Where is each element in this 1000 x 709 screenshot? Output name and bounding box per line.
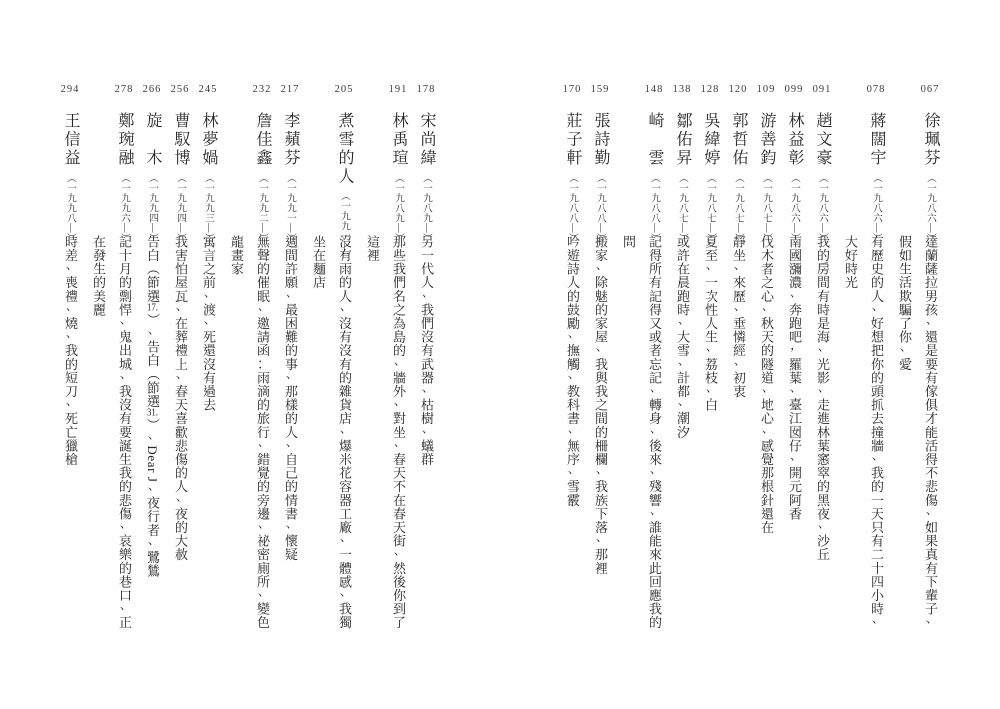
toc-entry: 232 詹佳鑫（一九九二—） 無聲的催眠、邀請函：雨滴的旅行、錯覺的旁邊、祕密廁… <box>223 84 275 644</box>
toc-entry: 205 煮雪的人（一九九一—） 沒有雨的人、沒有沒有的雜貨店、爆米花容器工廠、一… <box>305 84 357 644</box>
toc-entry: 170 莊子軒（一九八八—） 吟遊詩人的鼓勵、撫觸、教科書、無序、雪霰 <box>559 84 585 644</box>
entry-page-number: 278 <box>111 84 137 95</box>
toc-entry: 128 吳緯婷（一九八七—） 夏至、一次性人生、荔枝、白 <box>697 84 723 644</box>
entry-page-number: 099 <box>781 84 807 95</box>
entry-poem-titles: 週間許願、最困難的事、那樣的人、自己的情書、懷疑 <box>277 235 303 641</box>
entry-author: 游善鈞 <box>758 112 775 168</box>
entry-years: （一九八七—） <box>705 173 715 243</box>
inline-horizontal-number: 17. <box>147 303 158 313</box>
entry-years: （一九九八—） <box>65 173 75 243</box>
entry-poem-titles: 那些我們名之為島的、牆外、對坐、春天不在春天街、然後你到了這裡 <box>359 235 411 641</box>
entry-page-number: 138 <box>669 84 695 95</box>
entry-years: （一九八八—） <box>649 173 659 243</box>
entry-page-number: 178 <box>413 84 439 95</box>
entry-years: （一九九二—） <box>257 173 267 243</box>
entry-author: 徐珮芬 <box>922 112 939 168</box>
entry-page-number: 266 <box>139 84 165 95</box>
title-text: ）、告白（節選 <box>145 313 160 408</box>
entry-author: 莊子軒 <box>564 112 581 168</box>
entry-poem-titles: 夏至、一次性人生、荔枝、白 <box>697 235 723 641</box>
entry-years: （一九八八—） <box>595 173 605 243</box>
right-page: 067 徐珮芬（一九八六—） 達蘭薩拉男孩、還是要有傢俱才能活得不悲傷、如果真有… <box>559 84 943 644</box>
toc-entry: 178 宋尚緯（一九八九—） 另一代人、我們沒有武器、枯樹、蟻群 <box>413 84 439 644</box>
entry-poem-titles: 無聲的催眠、邀請函：雨滴的旅行、錯覺的旁邊、祕密廁所、變色龍畫家 <box>223 235 275 641</box>
entry-poem-titles: 南國瀰濃、奔跑吧，羅葉、臺江囡仔、開元阿香 <box>781 235 807 641</box>
entry-author: 林禹瑄 <box>390 112 407 168</box>
entry-author: 鄭琬融 <box>116 112 133 168</box>
entry-head: 鄭琬融（一九九六—） <box>111 112 137 243</box>
entry-poem-titles: 靜坐、來歷、垂憐經、初衷 <box>725 235 751 641</box>
entry-head: 崎 雲（一九八八—） <box>641 112 667 243</box>
entry-page-number: 109 <box>753 84 779 95</box>
toc-entry: 120 郭哲佑（一九八七—） 靜坐、來歷、垂憐經、初衷 <box>725 84 751 644</box>
toc-entry: 278 鄭琬融（一九九六—） 記十月的剽悍、鬼出城、我沒有要誕生我的悲傷、哀樂的… <box>85 84 137 644</box>
entry-years: （一九九四—） <box>147 173 157 243</box>
toc-entry: 078 蔣闊宇（一九八六—） 有歷史的人、好想把你的頭抓去撞牆、我的一天只有二十… <box>837 84 889 644</box>
entry-page-number: 217 <box>277 84 303 95</box>
entry-poem-titles: 記十月的剽悍、鬼出城、我沒有要誕生我的悲傷、哀樂的巷口、正在發生的美麗 <box>85 235 137 641</box>
inline-horizontal-number: 31. <box>147 408 158 418</box>
entry-page-number: 205 <box>331 84 357 95</box>
toc-entry: 256 曹馭博（一九九四—） 我害怕屋瓦、在葬禮上、春天喜歡悲傷的人、夜的大赦 <box>167 84 193 644</box>
entry-years: （一九九一—） <box>285 173 295 243</box>
entry-page-number: 159 <box>587 84 613 95</box>
entry-head: 王信益（一九九八—） <box>57 112 83 243</box>
toc-entry: 294 王信益（一九九八—） 時差、喪禮、燒、我的短刀、死亡獵槍 <box>57 84 83 644</box>
entry-years: （一九八七—） <box>677 173 687 243</box>
entry-poem-titles: 有歷史的人、好想把你的頭抓去撞牆、我的一天只有二十四小時、大好時光 <box>837 235 889 641</box>
entry-author: 曹馭博 <box>172 112 189 168</box>
entry-head: 莊子軒（一九八八—） <box>559 112 585 243</box>
entry-years: （一九八九—） <box>421 173 431 243</box>
entry-years: （一九九四—） <box>175 173 185 243</box>
entry-author: 宋尚緯 <box>418 112 435 168</box>
entry-author: 詹佳鑫 <box>254 112 271 168</box>
entry-head: 趙文豪（一九八六—） <box>809 112 835 243</box>
entry-head: 林禹瑄（一九八九—） <box>385 112 411 243</box>
toc-entry: 109 游善鈞（一九八七—） 伐木者之心、秋天的隧道、地心、感覺那根針還在 <box>753 84 779 644</box>
entry-page-number: 120 <box>725 84 751 95</box>
entry-poem-titles: 告白（節選17.）、告白（節選31.）、Dear J、夜行者、鷺鷥 <box>139 235 165 641</box>
entry-head: 詹佳鑫（一九九二—） <box>249 112 275 243</box>
entry-poem-titles: 伐木者之心、秋天的隧道、地心、感覺那根針還在 <box>753 235 779 641</box>
entry-poem-titles: 或許在晨跑時、大雪、計都、潮汐 <box>669 235 695 641</box>
entry-poem-titles: 我害怕屋瓦、在葬禮上、春天喜歡悲傷的人、夜的大赦 <box>167 235 193 641</box>
entry-author: 林夢媧 <box>200 112 217 168</box>
entry-author: 李蘋芬 <box>282 112 299 168</box>
toc-entry: 245 林夢媧（一九九三—） 寓言之前、渡、死還沒有過去 <box>195 84 221 644</box>
entry-poem-titles: 搬家、除魅的家屋、我與我之間的柵欄、我族下落、那裡 <box>587 235 613 641</box>
entry-head: 林益彰（一九八六—） <box>781 112 807 243</box>
entry-author: 蔣闊宇 <box>868 112 885 168</box>
entry-page-number: 170 <box>559 84 585 95</box>
entry-poem-titles: 另一代人、我們沒有武器、枯樹、蟻群 <box>413 235 439 641</box>
entry-poem-titles: 沒有雨的人、沒有沒有的雜貨店、爆米花容器工廠、一體感、我獨坐在麵店 <box>305 235 357 641</box>
entry-head: 旋 木（一九九四—） <box>139 112 165 243</box>
entry-head: 李蘋芬（一九九一—） <box>277 112 303 243</box>
entry-head: 徐珮芬（一九八六—） <box>917 112 943 243</box>
entry-head: 宋尚緯（一九八九—） <box>413 112 439 243</box>
entry-page-number: 091 <box>809 84 835 95</box>
entry-years: （一九八六—） <box>871 173 881 243</box>
toc-entry: 191 林禹瑄（一九八九—） 那些我們名之為島的、牆外、對坐、春天不在春天街、然… <box>359 84 411 644</box>
toc-entry: 217 李蘋芬（一九九一—） 週間許願、最困難的事、那樣的人、自己的情書、懷疑 <box>277 84 303 644</box>
toc-entry: 138 鄒佑昇（一九八七—） 或許在晨跑時、大雪、計都、潮汐 <box>669 84 695 644</box>
entry-page-number: 148 <box>641 84 667 95</box>
entry-years: （一九八六—） <box>789 173 799 243</box>
toc-entry: 067 徐珮芬（一九八六—） 達蘭薩拉男孩、還是要有傢俱才能活得不悲傷、如果真有… <box>891 84 943 644</box>
book-toc-spread: 067 徐珮芬（一九八六—） 達蘭薩拉男孩、還是要有傢俱才能活得不悲傷、如果真有… <box>0 0 1000 709</box>
entry-poem-titles: 寓言之前、渡、死還沒有過去 <box>195 235 221 641</box>
entry-page-number: 067 <box>917 84 943 95</box>
entry-page-number: 232 <box>249 84 275 95</box>
toc-entry: 159 張詩勤（一九八八—） 搬家、除魅的家屋、我與我之間的柵欄、我族下落、那裡 <box>587 84 613 644</box>
title-text: 告白（節選 <box>145 235 160 303</box>
entry-poem-titles: 記得所有記得又或者忘記、轉身、後來、殘響、誰能來此回應我的問 <box>615 235 667 641</box>
entry-head: 張詩勤（一九八八—） <box>587 112 613 243</box>
entry-years: （一九八九—） <box>393 173 403 243</box>
left-page: 178 宋尚緯（一九八九—） 另一代人、我們沒有武器、枯樹、蟻群 191 林禹瑄… <box>57 84 439 644</box>
entry-poem-titles: 時差、喪禮、燒、我的短刀、死亡獵槍 <box>57 235 83 641</box>
entry-head: 蔣闊宇（一九八六—） <box>863 112 889 243</box>
entry-head: 林夢媧（一九九三—） <box>195 112 221 243</box>
entry-head: 游善鈞（一九八七—） <box>753 112 779 243</box>
entry-author: 煮雪的人 <box>336 112 353 186</box>
entry-author: 林益彰 <box>786 112 803 168</box>
entry-years: （一九九三—） <box>203 173 213 243</box>
entry-author: 旋 木 <box>144 112 161 168</box>
entry-author: 吳緯婷 <box>702 112 719 168</box>
entry-poem-titles: 我的房間有時是海、光影、走進林葉窸窣的黑夜、沙丘 <box>809 235 835 641</box>
toc-entry: 099 林益彰（一九八六—） 南國瀰濃、奔跑吧，羅葉、臺江囡仔、開元阿香 <box>781 84 807 644</box>
entry-head: 曹馭博（一九九四—） <box>167 112 193 243</box>
entry-page-number: 191 <box>385 84 411 95</box>
entry-page-number: 078 <box>863 84 889 95</box>
entry-years: （一九八六—） <box>925 173 935 243</box>
entry-years: （一九八七—） <box>733 173 743 243</box>
entry-head: 郭哲佑（一九八七—） <box>725 112 751 243</box>
toc-entry: 266 旋 木（一九九四—） 告白（節選17.）、告白（節選31.）、Dear … <box>139 84 165 644</box>
entry-years: （一九八六—） <box>817 173 827 243</box>
entry-page-number: 294 <box>57 84 83 95</box>
toc-entry: 091 趙文豪（一九八六—） 我的房間有時是海、光影、走進林葉窸窣的黑夜、沙丘 <box>809 84 835 644</box>
entry-years: （一九八八—） <box>567 173 577 243</box>
entry-head: 鄒佑昇（一九八七—） <box>669 112 695 243</box>
toc-entry: 148 崎 雲（一九八八—） 記得所有記得又或者忘記、轉身、後來、殘響、誰能來此… <box>615 84 667 644</box>
entry-author: 王信益 <box>62 112 79 168</box>
entry-page-number: 128 <box>697 84 723 95</box>
entry-author: 郭哲佑 <box>730 112 747 168</box>
entry-page-number: 256 <box>167 84 193 95</box>
entry-years: （一九八七—） <box>761 173 771 243</box>
entry-author: 趙文豪 <box>814 112 831 168</box>
entry-author: 鄒佑昇 <box>674 112 691 168</box>
entry-poem-titles: 吟遊詩人的鼓勵、撫觸、教科書、無序、雪霰 <box>559 235 585 641</box>
entry-author: 崎 雲 <box>646 112 663 168</box>
entry-head: 吳緯婷（一九八七—） <box>697 112 723 243</box>
entry-page-number: 245 <box>195 84 221 95</box>
title-text: ）、Dear J、夜行者、鷺鷥 <box>145 418 160 578</box>
entry-author: 張詩勤 <box>592 112 609 168</box>
entry-poem-titles: 達蘭薩拉男孩、還是要有傢俱才能活得不悲傷、如果真有下輩子、假如生活欺騙了你、愛 <box>891 235 943 641</box>
entry-years: （一九九六—） <box>119 173 129 243</box>
